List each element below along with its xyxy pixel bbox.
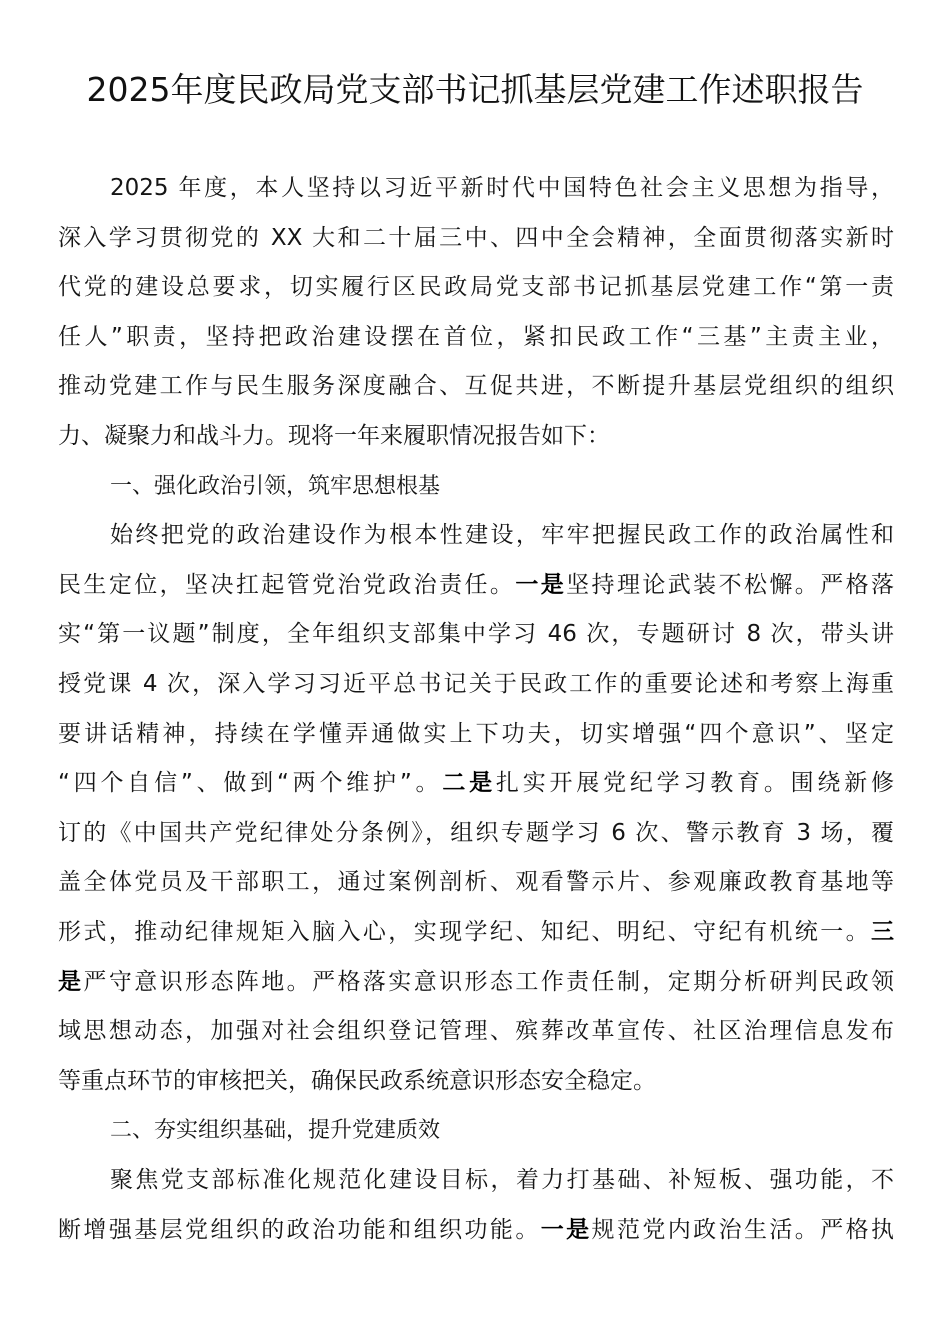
text-run: 2025 年度，本人坚持以习近平新时代中国特色社会主义思想为指导， <box>110 175 894 201</box>
text-line: 形式，推动纪律规矩入脑入心，实现学纪、知纪、明纪、守纪有机统一。三 <box>58 908 894 958</box>
text-line: 推动党建工作与民生服务深度融合、互促共进，不断提升基层党组织的组织 <box>58 362 894 412</box>
text-line: 聚焦党支部标准化规范化建设目标，着力打基础、补短板、强功能，不 <box>110 1156 894 1206</box>
text-run: 断增强基层党组织的政治功能和组织功能。 <box>58 1217 541 1243</box>
text-line: “四个自信”、做到“两个维护”。二是扎实开展党纪学习教育。围绕新修 <box>58 759 894 809</box>
text-line: 订的《中国共产党纪律处分条例》，组织专题学习 6 次、警示教育 3 场，覆 <box>58 809 894 859</box>
text-run: 等重点环节的审核把关，确保民政系统意识形态安全稳定。 <box>58 1068 656 1094</box>
text-line: 域思想动态，加强对社会组织登记管理、殡葬改革宣传、社区治理信息发布 <box>58 1007 894 1057</box>
bold-lead: 三 <box>871 919 894 945</box>
text-line: 等重点环节的审核把关，确保民政系统意识形态安全稳定。 <box>58 1057 894 1107</box>
text-run: 形式，推动纪律规矩入脑入心，实现学纪、知纪、明纪、守纪有机统一。 <box>58 919 871 945</box>
document-body: 2025 年度，本人坚持以习近平新时代中国特色社会主义思想为指导，深入学习贯彻党… <box>58 164 894 1255</box>
bold-lead: 一是 <box>515 572 566 598</box>
text-line: 代党的建设总要求，切实履行区民政局党支部书记抓基层党建工作“第一责 <box>58 263 894 313</box>
document-title: 2025年度民政局党支部书记抓基层党建工作述职报告 <box>0 68 950 112</box>
text-run: 授党课 4 次，深入学习习近平总书记关于民政工作的重要论述和考察上海重 <box>58 671 894 697</box>
document-page: 2025年度民政局党支部书记抓基层党建工作述职报告 2025 年度，本人坚持以习… <box>0 0 950 1344</box>
text-line: 授党课 4 次，深入学习习近平总书记关于民政工作的重要论述和考察上海重 <box>58 660 894 710</box>
text-run: 一、强化政治引领，筑牢思想根基 <box>110 474 440 499</box>
section-heading: 一、强化政治引领，筑牢思想根基 <box>110 462 894 512</box>
text-line: 始终把党的政治建设作为根本性建设，牢牢把握民政工作的政治属性和 <box>110 511 894 561</box>
text-run: 民生定位，坚决扛起管党治党政治责任。 <box>58 572 515 598</box>
text-run: 实“第一议题”制度，全年组织支部集中学习 46 次，专题研讨 8 次，带头讲 <box>58 621 894 647</box>
bold-lead: 是 <box>58 969 83 995</box>
text-line: 力、凝聚力和战斗力。现将一年来履职情况报告如下： <box>58 412 894 462</box>
text-run: 盖全体党员及干部职工，通过案例剖析、观看警示片、参观廉政教育基地等 <box>58 869 894 895</box>
text-line: 要讲话精神，持续在学懂弄通做实上下功夫，切实增强“四个意识”、坚定 <box>58 710 894 760</box>
text-line: 是严守意识形态阵地。严格落实意识形态工作责任制，定期分析研判民政领 <box>58 958 894 1008</box>
text-line: 实“第一议题”制度，全年组织支部集中学习 46 次，专题研讨 8 次，带头讲 <box>58 610 894 660</box>
text-run: 二、夯实组织基础，提升党建质效 <box>110 1118 440 1143</box>
text-run: 推动党建工作与民生服务深度融合、互促共进，不断提升基层党组织的组织 <box>58 373 894 399</box>
section-heading: 二、夯实组织基础，提升党建质效 <box>110 1106 894 1156</box>
text-run: 力、凝聚力和战斗力。现将一年来履职情况报告如下： <box>58 423 610 449</box>
text-run: 坚持理论武装不松懈。严格落 <box>566 572 894 598</box>
text-run: 域思想动态，加强对社会组织登记管理、殡葬改革宣传、社区治理信息发布 <box>58 1018 894 1044</box>
bold-lead: 一是 <box>541 1217 592 1243</box>
text-line: 2025 年度，本人坚持以习近平新时代中国特色社会主义思想为指导， <box>110 164 894 214</box>
text-run: 任人”职责，坚持把政治建设摆在首位，紧扣民政工作“三基”主责主业， <box>58 324 894 350</box>
text-line: 民生定位，坚决扛起管党治党政治责任。一是坚持理论武装不松懈。严格落 <box>58 561 894 611</box>
text-run: 订的《中国共产党纪律处分条例》，组织专题学习 6 次、警示教育 3 场，覆 <box>58 820 894 846</box>
text-run: 始终把党的政治建设作为根本性建设，牢牢把握民政工作的政治属性和 <box>110 522 894 548</box>
text-run: 代党的建设总要求，切实履行区民政局党支部书记抓基层党建工作“第一责 <box>58 274 894 300</box>
text-run: 深入学习贯彻党的 XX 大和二十届三中、四中全会精神，全面贯彻落实新时 <box>58 225 894 251</box>
text-run: 扎实开展党纪学习教育。围绕新修 <box>496 770 894 796</box>
text-run: 规范党内政治生活。严格执 <box>592 1217 894 1243</box>
bold-lead: 二是 <box>442 770 496 796</box>
text-line: 盖全体党员及干部职工，通过案例剖析、观看警示片、参观廉政教育基地等 <box>58 858 894 908</box>
text-run: 聚焦党支部标准化规范化建设目标，着力打基础、补短板、强功能，不 <box>110 1167 894 1193</box>
text-run: “四个自信”、做到“两个维护”。 <box>58 770 442 796</box>
text-run: 严守意识形态阵地。严格落实意识形态工作责任制，定期分析研判民政领 <box>83 969 894 995</box>
text-line: 深入学习贯彻党的 XX 大和二十届三中、四中全会精神，全面贯彻落实新时 <box>58 214 894 264</box>
text-line: 断增强基层党组织的政治功能和组织功能。一是规范党内政治生活。严格执 <box>58 1206 894 1256</box>
text-line: 任人”职责，坚持把政治建设摆在首位，紧扣民政工作“三基”主责主业， <box>58 313 894 363</box>
text-run: 要讲话精神，持续在学懂弄通做实上下功夫，切实增强“四个意识”、坚定 <box>58 721 894 747</box>
